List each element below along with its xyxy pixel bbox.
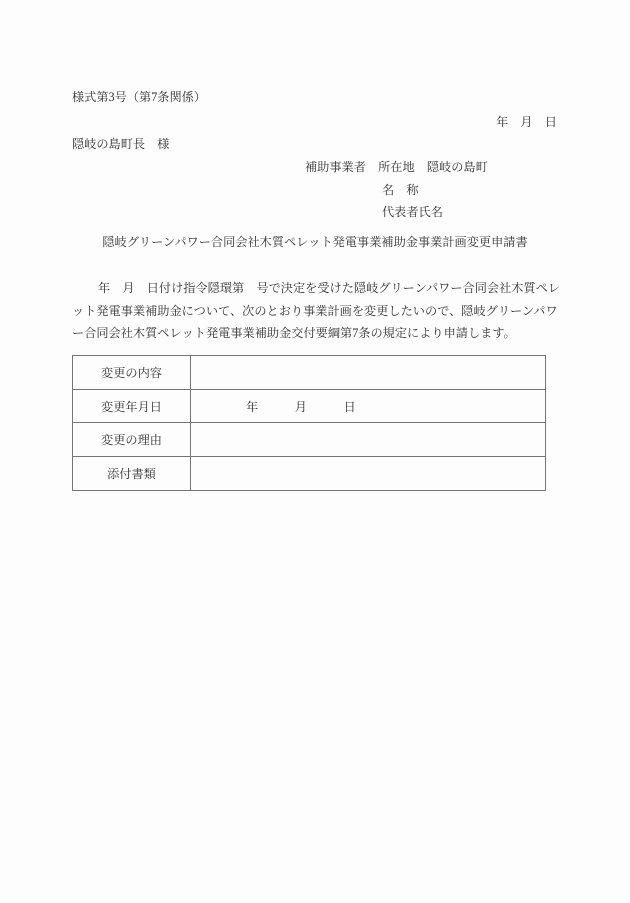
table-row-change-reason: 変更の理由 (73, 423, 546, 457)
body-line-1: 年 月 日付け指令隠環第 号で決定を受けた隠岐グリーンパワー合同会社木質ペレ (72, 277, 562, 300)
row-label-attachments: 添付書類 (73, 457, 191, 491)
applicant-role-and-address: 補助事業者 所在地 隠岐の島町 (305, 160, 488, 174)
document-page: 様式第3号（第7条関係） 年 月 日 隠岐の島町長 様 補助事業者 所在地 隠岐… (0, 0, 630, 903)
body-paragraph: 年 月 日付け指令隠環第 号で決定を受けた隠岐グリーンパワー合同会社木質ペレ ッ… (72, 277, 562, 345)
addressee: 隠岐の島町長 様 (72, 137, 170, 151)
document-title: 隠岐グリーンパワー合同会社木質ペレット発電事業補助金事業計画変更申請書 (0, 234, 630, 250)
table-row-change-date: 変更年月日 年 月 日 (73, 389, 546, 423)
row-value-change-content (191, 356, 546, 390)
applicant-name-label: 名 称 (382, 183, 419, 197)
row-value-attachments (191, 457, 546, 491)
applicant-representative-label: 代表者氏名 (382, 205, 443, 219)
row-label-change-date: 変更年月日 (73, 389, 191, 423)
change-details-table: 変更の内容 変更年月日 年 月 日 変更の理由 添付書類 (72, 355, 546, 491)
body-line-2: ット発電事業補助金について、次のとおり事業計画を変更したいので、隠岐グリーンパワ (72, 300, 562, 323)
row-label-change-reason: 変更の理由 (73, 423, 191, 457)
table-row-attachments: 添付書類 (73, 457, 546, 491)
date-line: 年 月 日 (496, 115, 557, 129)
table-row-change-content: 変更の内容 (73, 356, 546, 390)
row-value-change-reason (191, 423, 546, 457)
form-number: 様式第3号（第7条関係） (72, 90, 206, 104)
body-line-3: ー合同会社木質ペレット発電事業補助金交付要綱第7条の規定により申請します。 (72, 322, 562, 345)
row-value-change-date: 年 月 日 (191, 389, 546, 423)
row-label-change-content: 変更の内容 (73, 356, 191, 390)
